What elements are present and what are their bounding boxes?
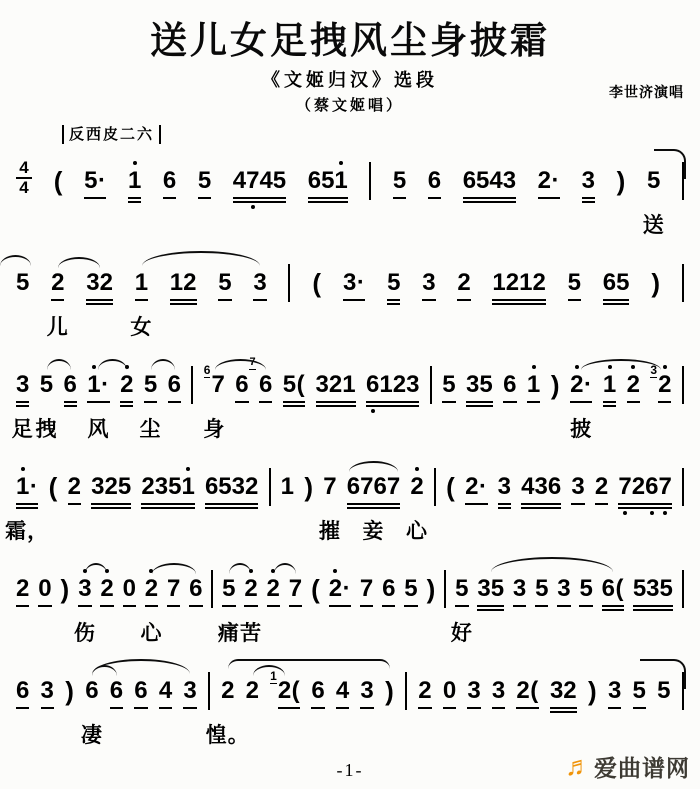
music-note: 5·	[84, 167, 106, 195]
music-note: 6	[311, 677, 324, 705]
note-digit: 2	[465, 473, 478, 501]
note-digits: 6	[428, 167, 441, 195]
digit-glyph: 5	[84, 167, 97, 194]
lyric-text: 披	[570, 413, 592, 443]
lyric-text: 妾	[363, 515, 385, 545]
digit-glyph: 1	[603, 371, 616, 398]
beam-line	[91, 507, 131, 509]
beam-line	[51, 299, 64, 301]
note-digit: 1	[342, 371, 355, 399]
grace-note: 6	[204, 364, 211, 378]
music-note: 5尘	[144, 371, 157, 399]
note-digit: 7	[387, 473, 400, 501]
note-digit: )	[60, 575, 69, 603]
note-digits: 2	[267, 575, 280, 603]
octave-dot-low	[623, 511, 627, 515]
music-note: 0	[443, 677, 456, 705]
slur	[215, 359, 266, 370]
note-digits: 3	[557, 575, 570, 603]
note-digit: 0	[38, 575, 51, 603]
note-digits: 2·	[538, 167, 560, 195]
note-digits: 3	[467, 677, 480, 705]
digit-glyph: 3	[582, 167, 595, 194]
beam-line	[422, 299, 435, 301]
digit-glyph: 5	[476, 167, 489, 194]
note-digit: 6	[463, 167, 476, 195]
digit-glyph: 5	[535, 575, 548, 602]
slur	[229, 563, 251, 574]
beam-line	[602, 609, 624, 611]
beam-line	[521, 507, 561, 509]
note-digits: 4	[336, 677, 349, 705]
note-digits: 2	[16, 575, 29, 603]
note-digits: 321	[316, 371, 356, 399]
beam-line	[68, 503, 81, 505]
note-digit: )	[304, 473, 313, 501]
note-digits: 2	[457, 269, 470, 297]
beam-line	[128, 201, 141, 203]
music-note: 7	[289, 575, 302, 603]
music-note: 5	[198, 167, 211, 195]
note-digit: 6	[308, 167, 321, 195]
music-note: 2	[16, 575, 29, 603]
note-digits: )	[65, 677, 74, 705]
digit-glyph: 1	[135, 269, 148, 296]
digit-glyph: 1	[492, 269, 505, 296]
music-note: 0	[123, 575, 136, 603]
note-digits: 1	[281, 473, 294, 501]
digit-glyph: 7	[360, 575, 373, 602]
digit-glyph: 5	[198, 167, 211, 194]
lyric-text: 伤	[74, 617, 96, 647]
slur	[58, 257, 100, 268]
beam-line	[244, 605, 257, 607]
music-note: 6	[503, 371, 516, 399]
digit-glyph: 3	[183, 677, 196, 704]
beam-line	[267, 605, 280, 607]
digit-glyph: 3	[360, 677, 373, 704]
note-digits: 5	[404, 575, 417, 603]
lyric-text: 女	[130, 311, 152, 341]
note-digit: 3	[422, 269, 435, 297]
music-note: 2心	[410, 473, 423, 501]
note-digits: 6(	[602, 575, 624, 603]
beam-line	[278, 707, 300, 709]
note-digit: 4	[521, 473, 534, 501]
note-digit: 5	[404, 575, 417, 603]
note-digits: 3	[16, 371, 29, 399]
digit-glyph: 5	[633, 575, 646, 602]
note-digit: 1	[170, 269, 183, 297]
music-note: 5	[579, 575, 592, 603]
character-credit: （蔡文姬唱）	[0, 94, 700, 115]
music-note: 35	[466, 371, 493, 399]
slur	[151, 359, 175, 370]
note-digit: 3	[232, 473, 245, 501]
beam-line	[618, 507, 671, 509]
digit-glyph: 4	[159, 677, 172, 704]
digit-glyph: 6	[347, 473, 360, 500]
beam-line	[467, 707, 480, 709]
note-digits: 6	[64, 371, 77, 399]
music-note: 2·	[329, 575, 351, 603]
digit-glyph: 6	[308, 167, 321, 194]
octave-dot-high	[631, 365, 635, 369]
note-digit: 3	[498, 473, 511, 501]
slur	[0, 255, 31, 266]
note-digit: 3	[183, 677, 196, 705]
note-digits: (	[54, 167, 63, 195]
digit-glyph: 5	[647, 167, 660, 194]
music-note: 6	[189, 575, 202, 603]
digit-glyph: ·	[357, 269, 365, 296]
music-note: 1·风	[87, 371, 109, 399]
note-digits: 5	[144, 371, 157, 399]
digit-glyph: 2	[516, 677, 529, 704]
note-digits: 6532	[205, 473, 258, 501]
note-digit: 2	[538, 167, 551, 195]
beam-line	[603, 401, 616, 403]
octave-dot-high	[105, 569, 109, 573]
beam-line	[513, 605, 526, 607]
note-digits: 65	[603, 269, 630, 297]
digit-glyph: 2	[68, 473, 81, 500]
lyric-text: 风	[87, 413, 109, 443]
note-digits: 6	[259, 371, 272, 399]
beam-line	[120, 405, 133, 407]
digit-glyph: 5	[168, 473, 181, 500]
beam-line	[393, 197, 406, 199]
beam-line	[466, 401, 493, 403]
note-digit: 2	[246, 677, 259, 705]
note-digit: 6	[548, 473, 561, 501]
note-digits: 5	[633, 677, 646, 705]
beam-line	[347, 507, 400, 509]
note-digits: 2	[627, 371, 640, 399]
music-note: 2	[246, 677, 259, 705]
digit-glyph: 5	[616, 269, 629, 296]
close-paren: )	[65, 677, 74, 705]
note-digits: 5	[535, 575, 548, 603]
note-digit: 5	[442, 371, 455, 399]
note-digit: 2	[183, 269, 196, 297]
note-digits: (	[312, 269, 321, 297]
note-digit: 2	[51, 269, 64, 297]
lyric-text: 苦	[240, 617, 262, 647]
digit-glyph: 3	[91, 473, 104, 500]
notes-row: 52儿321女1253(3·5321212565)	[16, 249, 684, 311]
note-digits: 5	[442, 371, 455, 399]
beam-line	[418, 707, 431, 709]
watermark: ♬ 爱曲谱网	[565, 750, 690, 783]
note-digit: 1	[87, 371, 100, 399]
music-note: 6532	[205, 473, 258, 501]
beam-line	[492, 299, 545, 301]
music-note: 3	[183, 677, 196, 705]
beam-line	[366, 405, 419, 407]
lyric-text: 心	[140, 617, 162, 647]
beam-line	[253, 299, 266, 301]
digit-glyph: 3	[406, 371, 419, 398]
barline	[444, 570, 446, 608]
digit-glyph: 1	[334, 167, 347, 194]
note-digits: 5(	[283, 371, 305, 399]
beam-line	[189, 605, 202, 607]
note-digit: ·	[97, 167, 106, 195]
music-note: 321	[316, 371, 356, 399]
digit-glyph: 2	[245, 473, 258, 500]
barline	[430, 366, 432, 404]
beam-line	[492, 303, 545, 305]
music-note: 5痛	[222, 575, 235, 603]
notes-row: 3足5拽61·风25尘667身6765(321612353561)2·披1232	[16, 351, 684, 413]
open-paren: (	[311, 575, 320, 603]
digit-glyph: (	[292, 677, 300, 704]
digit-glyph: (	[49, 472, 58, 502]
digit-glyph: 5	[455, 575, 468, 602]
digit-glyph: 6	[110, 677, 123, 704]
note-digits: 7	[211, 371, 224, 399]
note-digits: 2	[246, 677, 259, 705]
notes-row: 63)6凄66432惶。212(643)20332(32)355	[16, 657, 684, 719]
note-digit: 5	[579, 575, 592, 603]
note-digit: 3	[608, 677, 621, 705]
beam-line	[316, 405, 356, 407]
note-digits: 6543	[463, 167, 516, 195]
digit-glyph: 3	[550, 677, 563, 704]
music-note: 6	[382, 575, 395, 603]
lyric-text: 摧	[319, 515, 341, 545]
music-note: 436	[521, 473, 561, 501]
music-note: 7	[167, 575, 180, 603]
music-note: 2	[100, 575, 113, 603]
barline	[434, 468, 436, 506]
digit-glyph: 5	[273, 167, 286, 194]
digit-glyph: (	[615, 575, 623, 602]
beam-line	[538, 197, 560, 199]
close-paren: )	[651, 269, 660, 297]
note-digit: 6	[205, 473, 218, 501]
digit-glyph: 1	[181, 473, 194, 500]
digit-glyph: 2	[51, 269, 64, 296]
note-digit: (	[615, 575, 624, 603]
time-signature-numerator: 4	[19, 160, 28, 176]
octave-dot-high	[339, 161, 343, 165]
note-digit: 3	[16, 371, 29, 399]
slur	[581, 359, 661, 370]
note-digit: 6	[366, 371, 379, 399]
note-digit: 6	[374, 473, 387, 501]
note-digits: )	[616, 167, 625, 195]
octave-dot-high	[83, 569, 87, 573]
music-note: 67身	[204, 371, 225, 399]
music-note: 32	[86, 269, 113, 297]
beam-line	[218, 299, 231, 301]
digit-glyph: 6	[163, 167, 176, 194]
octave-dot-low	[650, 511, 654, 515]
note-digits: 2(	[516, 677, 538, 705]
note-digit: 2	[457, 269, 470, 297]
octave-dot-high	[133, 161, 137, 165]
beam-line	[16, 605, 29, 607]
music-note: 2	[68, 473, 81, 501]
beam-line	[343, 299, 365, 301]
note-digits: 3	[608, 677, 621, 705]
music-note: 5	[535, 575, 548, 603]
music-note: 2·	[538, 167, 560, 195]
note-digit: 7	[360, 575, 373, 603]
sheet-music-page: 送儿女足拽风尘身披霜 《文姬归汉》选段 （蔡文姬唱） 李世济演唱 反西皮二六 4…	[0, 0, 700, 789]
note-digits: 1	[135, 269, 148, 297]
note-digits: 7	[289, 575, 302, 603]
note-digit: 2	[658, 371, 671, 399]
note-digit: 5	[479, 371, 492, 399]
beam-line	[78, 605, 91, 607]
beam-line	[289, 605, 302, 607]
music-note: 6	[168, 371, 181, 399]
note-digit: ·	[583, 371, 592, 399]
note-digit: 3	[477, 575, 490, 603]
digit-glyph: 2	[632, 473, 645, 500]
note-digits: 5	[568, 269, 581, 297]
note-digits: 6	[85, 677, 98, 705]
grace-note: 7	[249, 357, 255, 370]
note-digits: 2	[68, 473, 81, 501]
octave-dot-low	[371, 409, 375, 413]
beam-line	[633, 707, 646, 709]
digit-glyph: )	[551, 370, 560, 400]
digit-glyph: ·	[479, 473, 487, 500]
music-note: 3伤	[78, 575, 91, 603]
slur	[253, 665, 286, 676]
digit-glyph: 4	[521, 473, 534, 500]
music-note: 4	[336, 677, 349, 705]
digit-glyph: 2	[100, 269, 113, 296]
digit-glyph: )	[304, 472, 313, 502]
octave-dot-high	[92, 365, 96, 369]
beam-line	[347, 503, 400, 505]
digit-glyph: 3	[41, 677, 54, 704]
digit-glyph: 3	[467, 677, 480, 704]
note-digit: 6	[168, 371, 181, 399]
digit-glyph: 5	[657, 677, 670, 704]
note-digit: 2	[245, 473, 258, 501]
beam-line	[457, 299, 470, 301]
open-paren: (	[446, 473, 455, 501]
music-note: 1	[527, 371, 540, 399]
digit-glyph: 7	[246, 167, 259, 194]
octave-dot-high	[125, 365, 129, 369]
lyric-text: 心	[406, 515, 428, 545]
note-digit: 5	[84, 167, 97, 195]
music-note: 1212	[492, 269, 545, 297]
note-digit: 2	[267, 575, 280, 603]
note-digits: 2351	[141, 473, 194, 501]
music-note: 2	[457, 269, 470, 297]
note-digit: 3	[41, 677, 54, 705]
beam-line	[16, 401, 29, 403]
beam-line	[86, 303, 113, 305]
music-note: 3	[360, 677, 373, 705]
note-digit: 5	[657, 677, 670, 705]
music-note: 2(	[516, 677, 538, 705]
digit-glyph: (	[54, 166, 63, 196]
note-digits: 2	[145, 575, 158, 603]
open-paren: (	[312, 269, 321, 297]
note-digit: 2	[516, 677, 529, 705]
beam-line	[235, 401, 248, 403]
note-digit: (	[49, 473, 58, 501]
music-note: 6	[428, 167, 441, 195]
beam-line	[64, 401, 77, 403]
digit-glyph: 5	[16, 269, 29, 296]
note-digit: 3	[492, 677, 505, 705]
note-digit: 1	[527, 371, 540, 399]
music-note: 3	[467, 677, 480, 705]
music-note: 2	[120, 371, 133, 399]
digit-glyph: 6	[374, 473, 387, 500]
beam-line	[498, 503, 511, 505]
note-digits: 5	[198, 167, 211, 195]
beam-line	[442, 401, 455, 403]
barline	[191, 366, 193, 404]
note-digit: )	[65, 677, 74, 705]
note-digits: (	[311, 575, 320, 603]
digit-glyph: 5	[404, 575, 417, 602]
note-digits: 5	[657, 677, 670, 705]
beam-line	[38, 605, 51, 607]
note-digit: 3	[503, 167, 516, 195]
note-digit: 2	[120, 371, 133, 399]
digit-glyph: 6	[366, 371, 379, 398]
lyric-text: 霜，	[5, 515, 49, 545]
note-digits: 2	[418, 677, 431, 705]
music-note: 65	[603, 269, 630, 297]
note-digit: 3	[78, 575, 91, 603]
beam-line	[110, 707, 123, 709]
note-digits: 4	[159, 677, 172, 705]
digit-glyph: 2	[329, 575, 342, 602]
beam-line	[308, 201, 348, 203]
note-digit: 2	[410, 473, 423, 501]
music-note: 535	[633, 575, 673, 603]
note-digits: 5	[647, 167, 660, 195]
note-digits: 3	[582, 167, 595, 195]
digit-glyph: 3	[155, 473, 168, 500]
digit-glyph: 1	[16, 473, 29, 500]
note-digits: 1212	[492, 269, 545, 297]
note-digit: 4	[336, 677, 349, 705]
note-digits: )	[588, 677, 597, 705]
grace-note: 1	[270, 670, 277, 684]
note-digit: 3	[582, 167, 595, 195]
music-note: 651	[308, 167, 348, 195]
digit-glyph: 6	[463, 167, 476, 194]
beam-line	[627, 401, 640, 403]
music-note: 6	[134, 677, 147, 705]
digit-glyph: 0	[123, 575, 136, 602]
note-digit: 3	[406, 371, 419, 399]
note-digit: 5	[633, 677, 646, 705]
beam-line	[144, 401, 157, 403]
beam-line	[128, 197, 141, 199]
note-digits: 5	[393, 167, 406, 195]
digit-glyph: (	[312, 268, 321, 298]
note-digits: )	[426, 575, 435, 603]
digit-glyph: ·	[101, 371, 109, 398]
octave-dot-low	[663, 511, 667, 515]
music-note: 6767妾	[347, 473, 400, 501]
